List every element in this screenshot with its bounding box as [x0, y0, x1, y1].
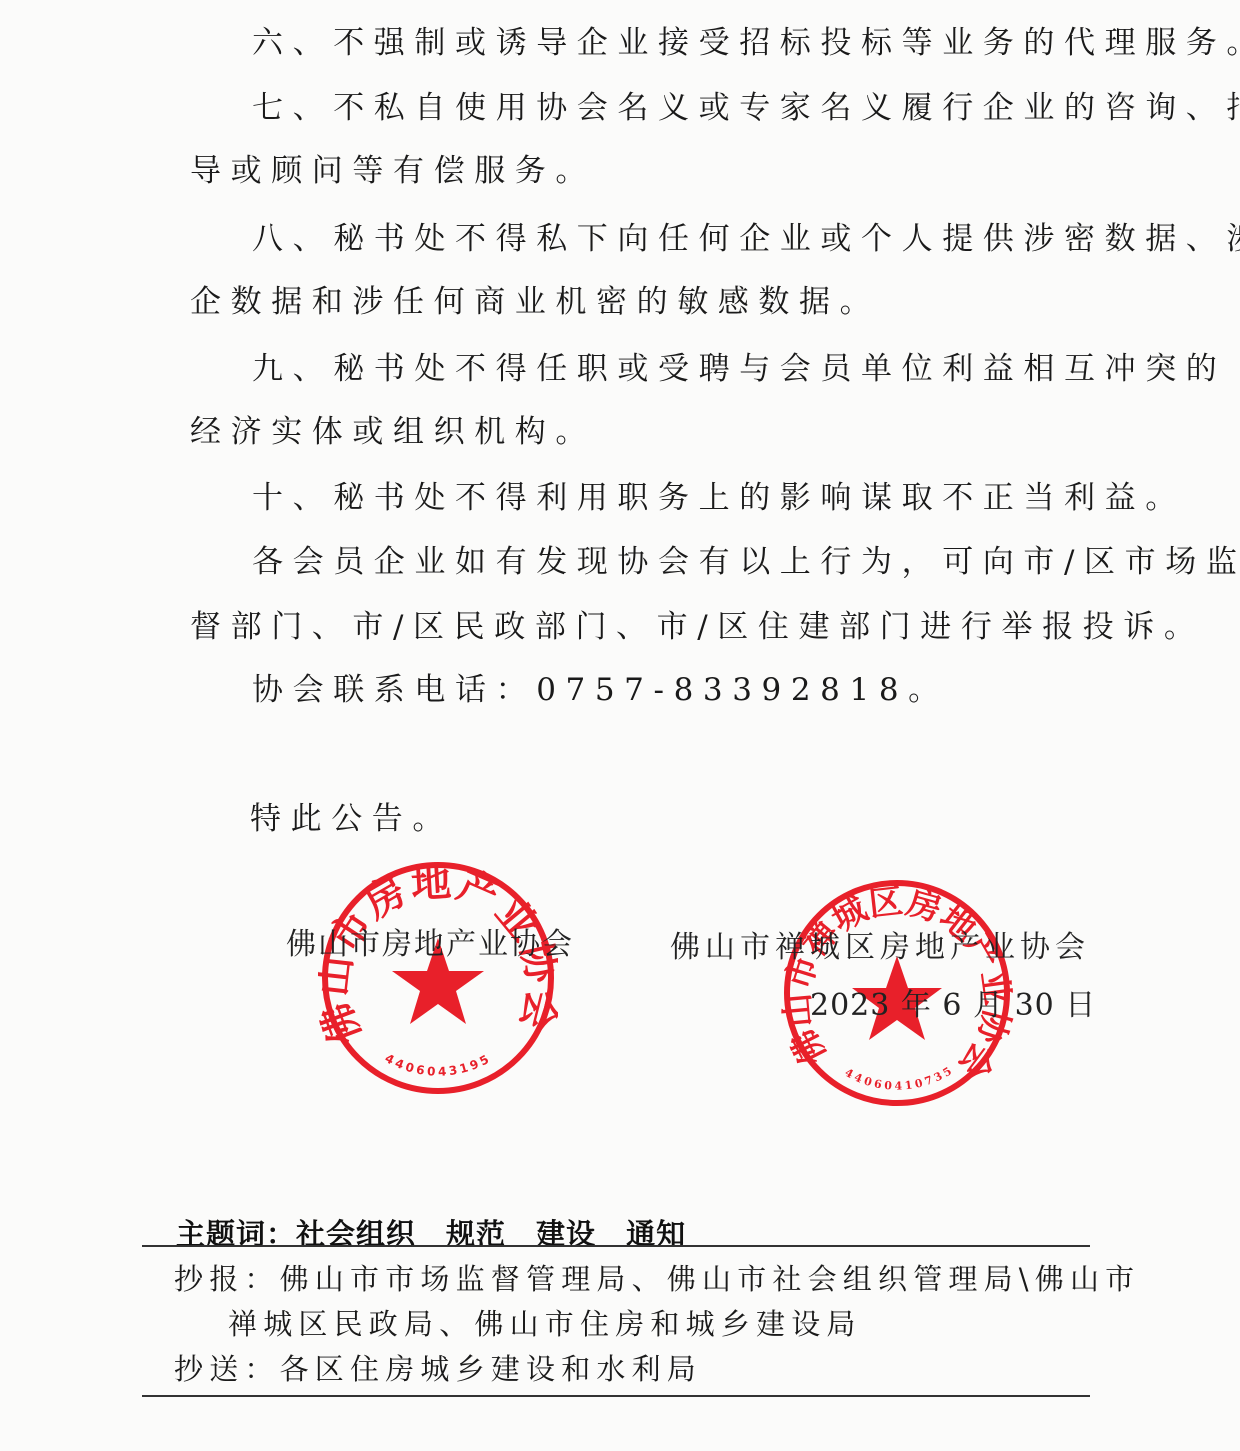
signature-date: 2023 年 6 月 30 日 — [810, 991, 1096, 1021]
divider-top — [142, 1245, 1090, 1247]
clause-8-line2: 企数据和涉任何商业机密的敏感数据。 — [190, 287, 880, 318]
cc-send-line: 抄送：各区住房城乡建设和水利局 — [174, 1355, 702, 1384]
signature-org2: 佛山市禅城区房地产业协会 — [670, 933, 1090, 963]
cc-send-recipients: 各区住房城乡建设和水利局 — [280, 1352, 702, 1386]
clause-7-line2: 导或顾问等有偿服务。 — [190, 156, 596, 187]
seal-foshan-real-estate-association: 佛山市房地产业协会 4406043195590 — [318, 858, 558, 1098]
clause-10: 十、秘书处不得利用职务上的影响谋取不正当利益。 — [252, 483, 1186, 514]
divider-bottom — [142, 1395, 1090, 1397]
clause-9-line1: 九、秘书处不得任职或受聘与会员单位利益相互冲突的 — [252, 354, 1226, 385]
clause-8-line1: 八、秘书处不得私下向任何企业或个人提供涉密数据、涉 — [252, 224, 1240, 255]
contact-phone: 协会联系电话：0757-83392818。 — [252, 675, 949, 706]
cc-report-label: 抄报： — [174, 1262, 280, 1296]
cc-report-line2: 禅城区民政局、佛山市住房和城乡建设局 — [228, 1310, 862, 1339]
report-notice-line2: 督部门、市/区民政部门、市/区住建部门进行举报投诉。 — [190, 612, 1205, 643]
clause-9-line2: 经济实体或组织机构。 — [190, 417, 596, 448]
clause-7-line1: 七、不私自使用协会名义或专家名义履行企业的咨询、指 — [252, 93, 1240, 124]
cc-report-recipients: 佛山市市场监督管理局、佛山市社会组织管理局\佛山市 — [280, 1262, 1141, 1296]
cc-send-label: 抄送： — [174, 1352, 280, 1386]
signature-org1: 佛山市房地产业协会 — [286, 930, 574, 960]
clause-6: 六、不强制或诱导企业接受招标投标等业务的代理服务。 — [252, 28, 1240, 59]
cc-report-line1: 抄报：佛山市市场监督管理局、佛山市社会组织管理局\佛山市 — [174, 1265, 1140, 1294]
report-notice-line1: 各会员企业如有发现协会有以上行为，可向市/区市场监 — [252, 547, 1240, 578]
closing-statement: 特此公告。 — [250, 804, 453, 835]
